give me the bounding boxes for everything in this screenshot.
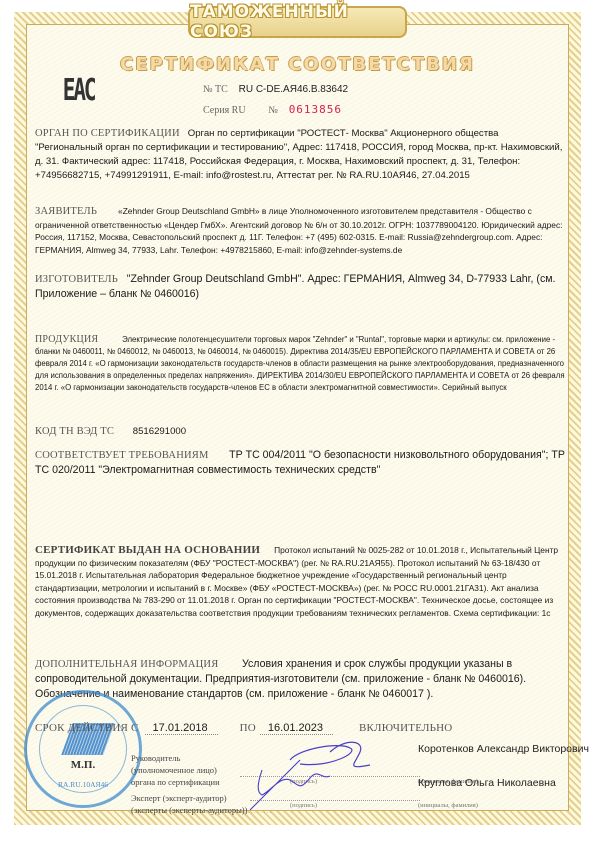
- expert-signature-icon: [250, 760, 330, 810]
- security-microtext: · · · · · · · · · · · · · · · · · · · · …: [132, 810, 442, 816]
- signatures-svg: [0, 0, 595, 842]
- head-signature-icon: [290, 742, 370, 767]
